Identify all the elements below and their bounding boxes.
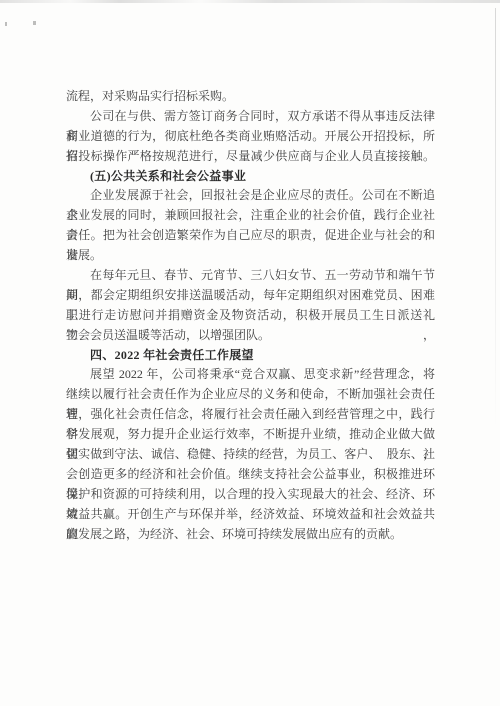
- document-text-block: 流程，对采购品实行招标采购。公司在与供、需方签订商务合同时，双方承诺不得从事违反…: [66, 87, 435, 544]
- text-line: 商业道德的行为，彻底杜绝各类商业贿赂活动。开展公开招投标，所有: [66, 127, 435, 147]
- text-line: 企业发展的同时，兼顾回报社会，注重企业的社会价值，践行企业社会: [66, 206, 435, 226]
- text-line: 在每年元旦、春节、元宵节、三八妇女节、五一劳动节和端午节期: [66, 266, 435, 286]
- text-line: 工进行走访慰问并捐赠资金及物资活动，积极开展员工生日派送礼物，: [66, 306, 435, 326]
- text-line: 流程，对采购品实行招标采购。: [66, 87, 435, 107]
- section-heading: (五)公共关系和社会公益事业: [66, 167, 435, 187]
- text-line: 切实做到守法、诚信、稳健、持续的经营，为员工、客户、 股东、社: [66, 445, 435, 465]
- text-line: 招投标操作严格按规范进行，尽量减少供应商与企业人员直接接触。: [66, 147, 435, 167]
- text-line: 学发展观，努力提升企业运行效率，不断提升业绩，推动企业做大做强，: [66, 425, 435, 445]
- text-line: 责任。把为社会创造繁荣作为自己应尽的职责，促进企业与社会的和谐: [66, 226, 435, 246]
- scan-artifact-speck: [33, 21, 36, 25]
- scan-artifact-right-edge: [495, 8, 496, 428]
- text-line: 继续以履行社会责任作为企业应尽的义务和使命，不断加强社会责任管: [66, 385, 435, 405]
- scan-artifact-speck: [5, 22, 7, 26]
- text-line: 发展。: [66, 246, 435, 266]
- text-line: 间，都会定期组织安排送温暖活动，每年定期组织对困难党员、困难职: [66, 286, 435, 306]
- text-line: 公司在与供、需方签订商务合同时，双方承诺不得从事违反法律和: [66, 107, 435, 127]
- scan-artifact-top-edge: [0, 0, 500, 3]
- scanned-document-page: 流程，对采购品实行招标采购。公司在与供、需方签订商务合同时，双方承诺不得从事违反…: [0, 0, 500, 706]
- text-line: 的发展之路，为经济、社会、环境可持续发展做出应有的贡献。: [66, 525, 435, 545]
- section-heading: 四、2022 年社会责任工作展望: [66, 346, 435, 366]
- text-line: 效益共赢。开创生产与环保并举，经济效益、环境效益和社会效益共赢: [66, 505, 435, 525]
- text-line: 保护和资源的可持续利用，以合理的投入实现最大的社会、经济、环境: [66, 485, 435, 505]
- text-line: 企业发展源于社会，回报社会是企业应尽的责任。公司在不断追求: [66, 186, 435, 206]
- text-line: 会创造更多的经济和社会价值。继续支持社会公益事业，积极推进环境: [66, 465, 435, 485]
- text-line: 理，强化社会责任信念，将履行社会责任融入到经营管理之中，践行科: [66, 405, 435, 425]
- text-line: 展望 2022 年，公司将秉承“竞合双赢、思变求新”经营理念，将: [66, 365, 435, 385]
